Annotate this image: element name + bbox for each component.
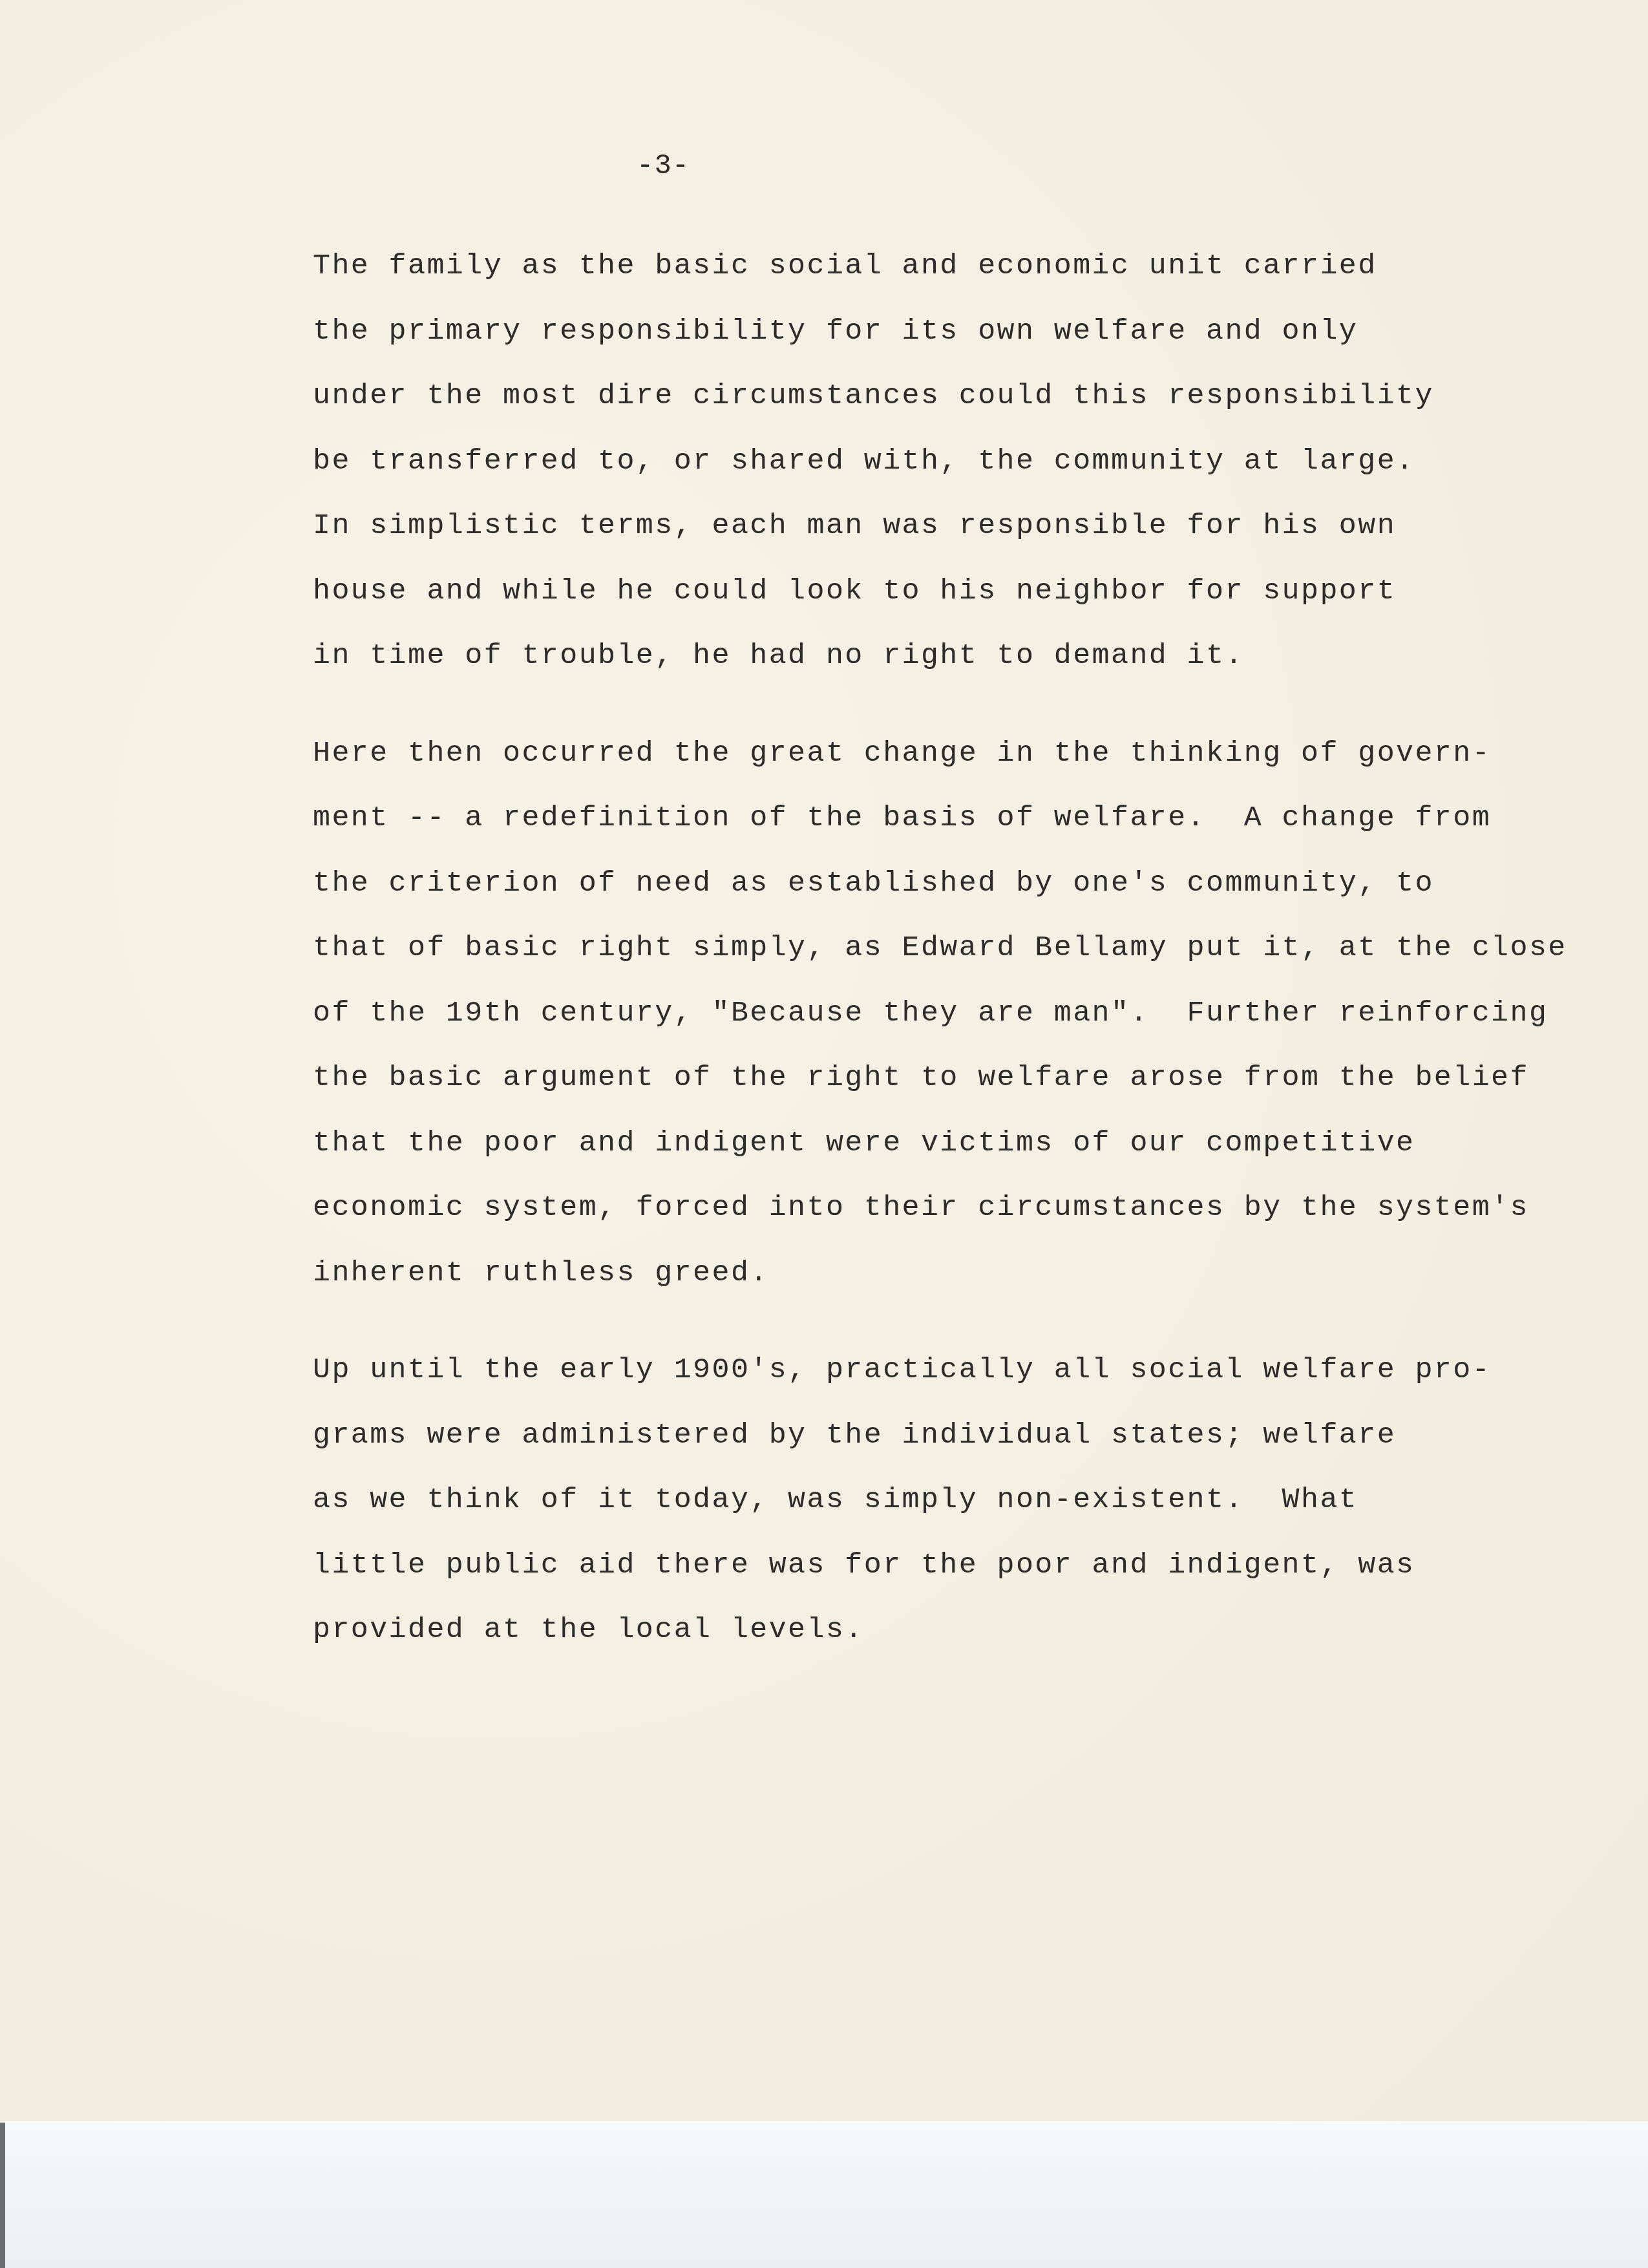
- text-line: that of basic right simply, as Edward Be…: [313, 929, 1638, 995]
- body-text: The family as the basic social and econo…: [313, 248, 1638, 1709]
- text-line: the primary responsibility for its own w…: [313, 313, 1638, 378]
- text-line: of the 19th century, "Because they are m…: [313, 995, 1638, 1060]
- page-number: -3-: [637, 150, 690, 182]
- typewritten-page: -3- The family as the basic social and e…: [0, 0, 1648, 2123]
- text-line: economic system, forced into their circu…: [313, 1189, 1638, 1255]
- text-line: In simplistic terms, each man was respon…: [313, 507, 1638, 573]
- text-line: ment -- a redefinition of the basis of w…: [313, 800, 1638, 865]
- paragraph-2: Here then occurred the great change in t…: [313, 735, 1638, 1320]
- text-line: that the poor and indigent were victims …: [313, 1125, 1638, 1190]
- text-line: The family as the basic social and econo…: [313, 248, 1638, 313]
- text-line: grams were administered by the individua…: [313, 1417, 1638, 1482]
- scanner-background: [0, 2123, 1648, 2268]
- text-line: the criterion of need as established by …: [313, 865, 1638, 930]
- text-line: little public aid there was for the poor…: [313, 1547, 1638, 1612]
- text-line: as we think of it today, was simply non-…: [313, 1481, 1638, 1547]
- text-line: Here then occurred the great change in t…: [313, 735, 1638, 800]
- text-line: house and while he could look to his nei…: [313, 573, 1638, 638]
- text-line: Up until the early 1900's, practically a…: [313, 1351, 1638, 1417]
- text-line: in time of trouble, he had no right to d…: [313, 637, 1638, 703]
- text-line: the basic argument of the right to welfa…: [313, 1059, 1638, 1125]
- text-line: be transferred to, or shared with, the c…: [313, 443, 1638, 508]
- text-line: inherent ruthless greed.: [313, 1255, 1638, 1320]
- scanner-edge-strip: [0, 2123, 5, 2268]
- paragraph-3: Up until the early 1900's, practically a…: [313, 1351, 1638, 1677]
- text-line: under the most dire circumstances could …: [313, 377, 1638, 443]
- text-line: provided at the local levels.: [313, 1611, 1638, 1677]
- paragraph-1: The family as the basic social and econo…: [313, 248, 1638, 703]
